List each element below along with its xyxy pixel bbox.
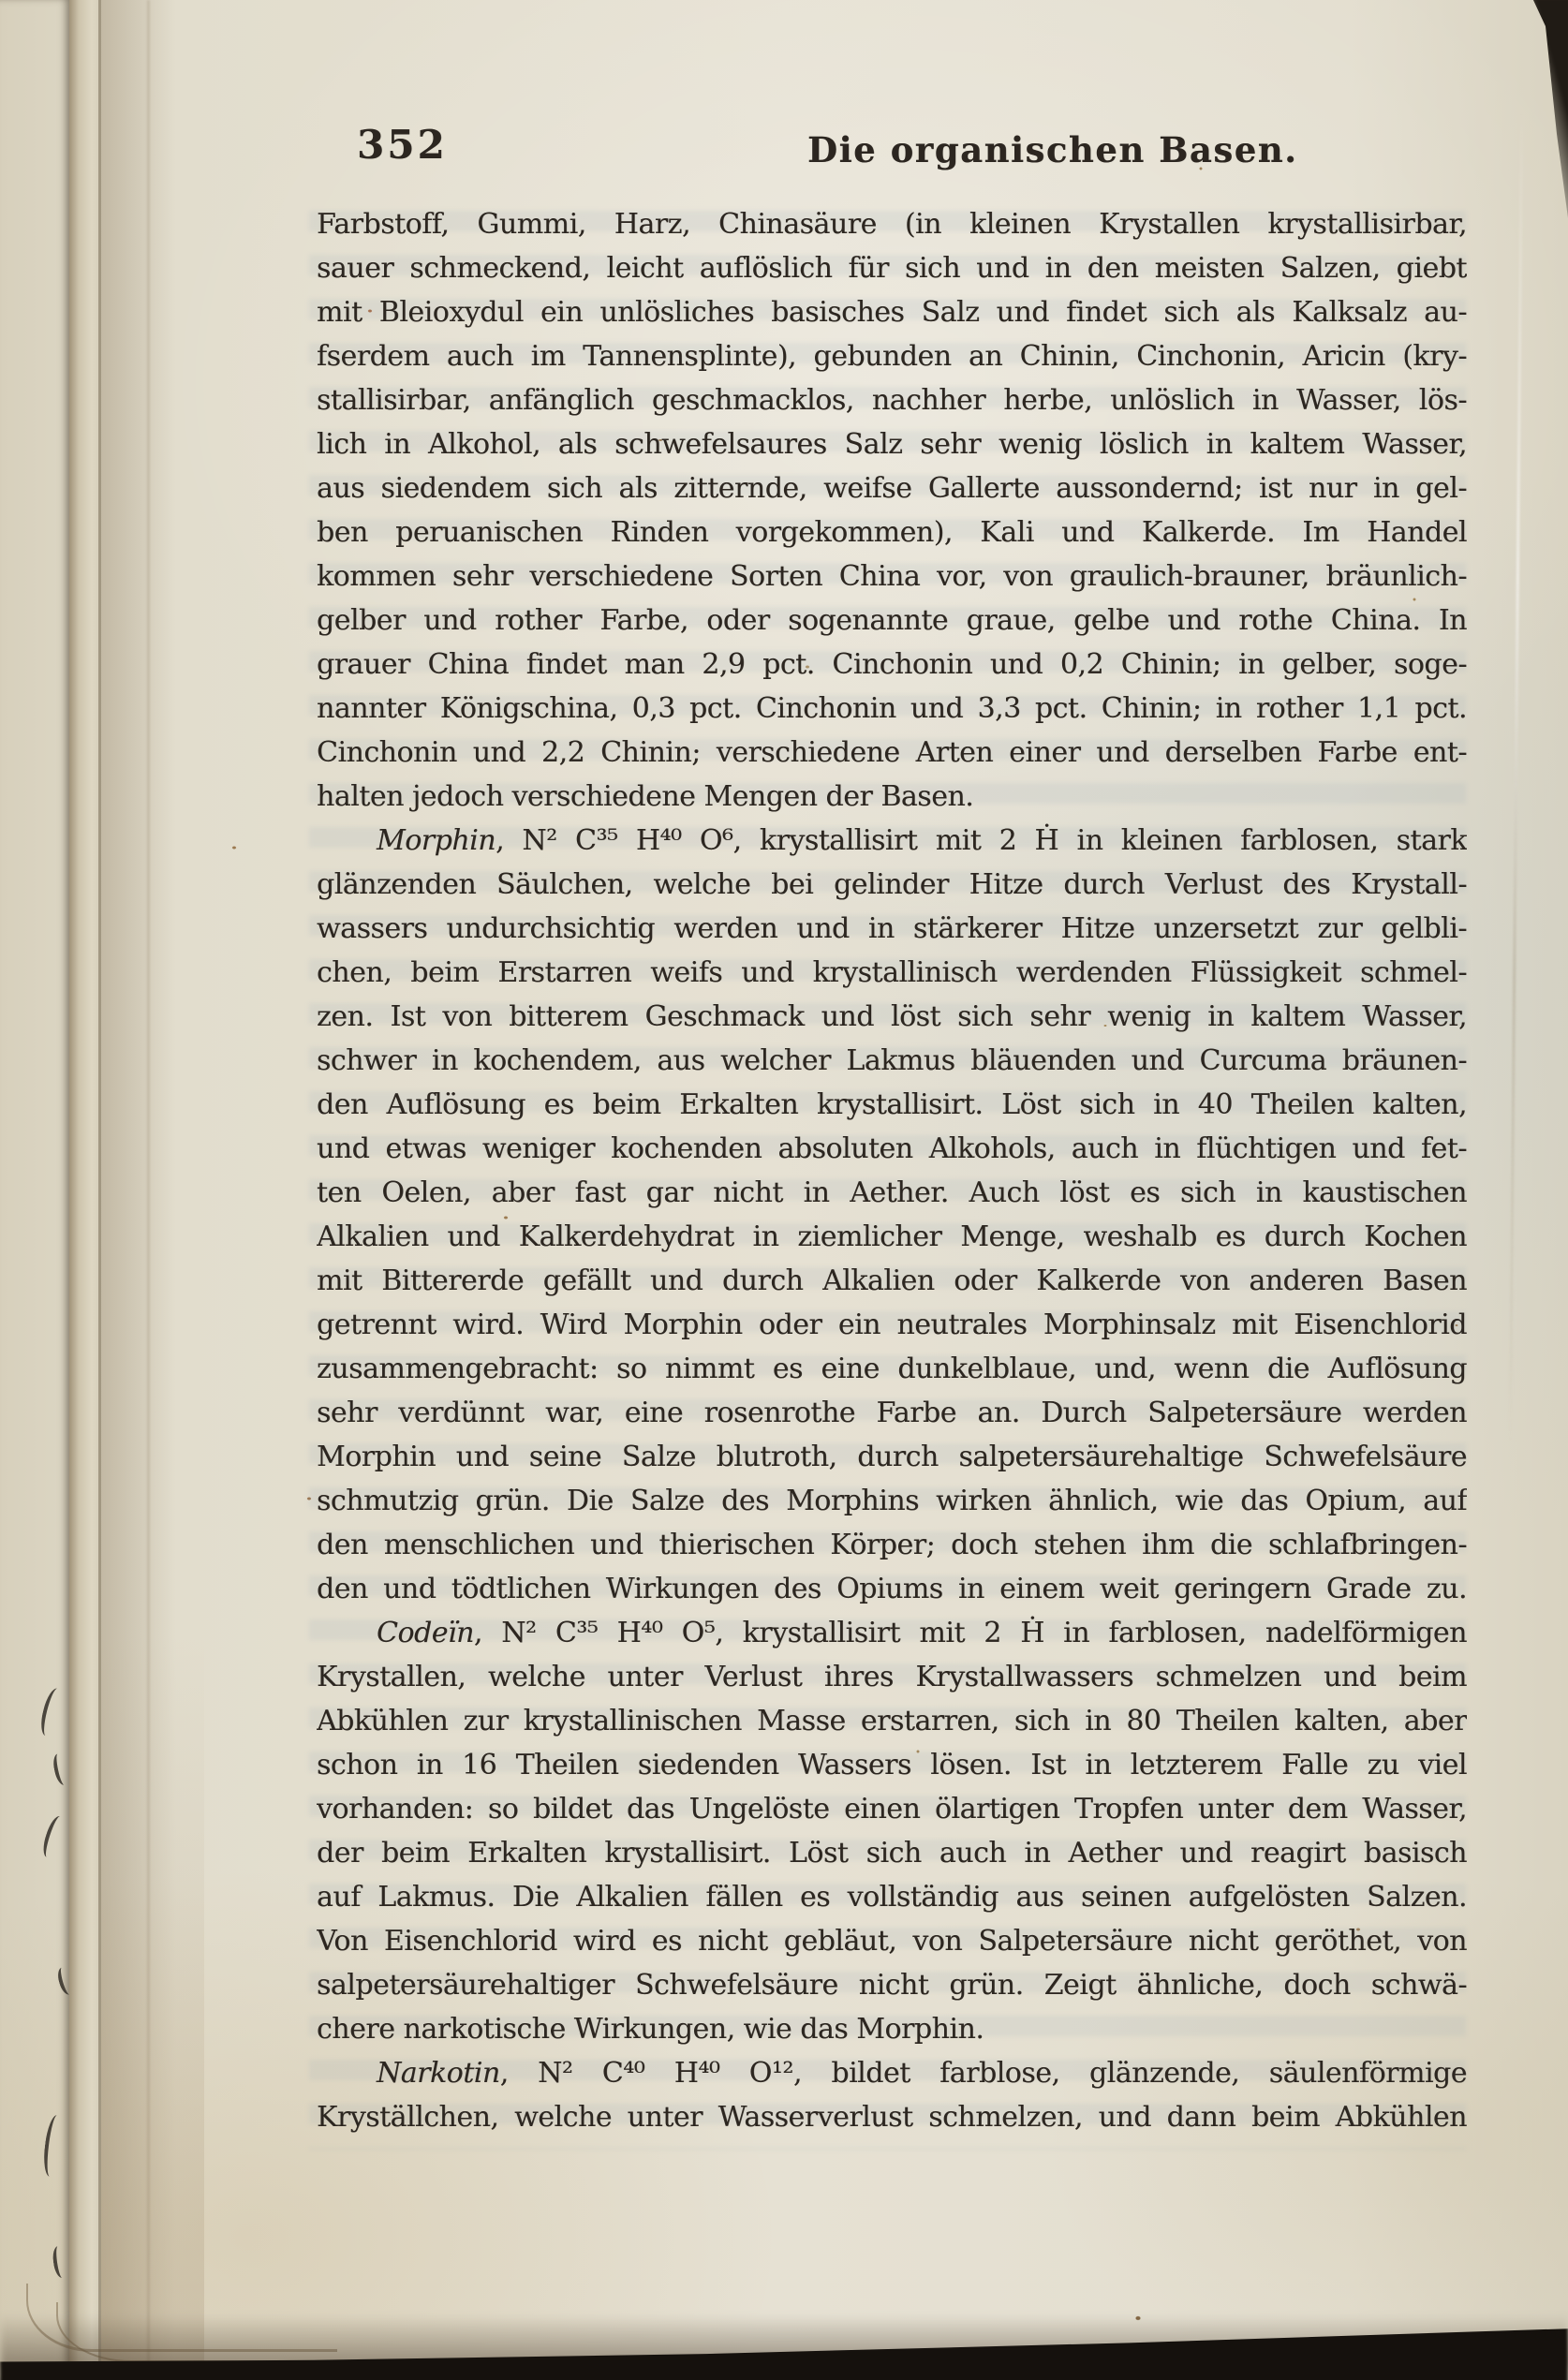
page-number: 352: [357, 122, 448, 168]
text-line: lich in Alkohol, als schwefelsaures Salz…: [317, 422, 1467, 466]
text-line: getrennt wird. Wird Morphin oder ein neu…: [317, 1303, 1467, 1347]
text-line: Kryställchen, welche unter Wasserverlust…: [317, 2095, 1467, 2139]
text-line: glänzenden Säulchen, welche bei gelinder…: [317, 863, 1467, 907]
text-line: der beim Erkalten krystallisirt. Löst si…: [317, 1831, 1467, 1875]
text-line: ben peruanischen Rinden vorgekommen), Ka…: [317, 510, 1467, 554]
text-line: schon in 16 Theilen siedenden Wassers lö…: [317, 1743, 1467, 1787]
text-line: Narkotin, N² C⁴⁰ H⁴⁰ O¹², bildet farblos…: [317, 2051, 1467, 2095]
text-line: chen, beim Erstarren weifs und krystalli…: [317, 951, 1467, 995]
text-line: Codeïn, N² C³⁵ H⁴⁰ O⁵, krystallisirt mit…: [317, 1611, 1467, 1655]
text-line: Farbstoff, Gummi, Harz, Chinasäure (in k…: [317, 202, 1467, 246]
text-line: chere narkotische Wirkungen, wie das Mor…: [317, 2007, 1467, 2051]
text-line: fserdem auch im Tannensplinte), gebunden…: [317, 334, 1467, 378]
text-line: zen. Ist von bitterem Geschmack und löst…: [317, 995, 1467, 1039]
substance-name: Narkotin: [377, 2057, 500, 2090]
text-line: grauer China findet man 2,9 pct. Cinchon…: [317, 643, 1467, 687]
text-line: stallisirbar, anfänglich geschmacklos, n…: [317, 378, 1467, 422]
text-line: schmutzig grün. Die Salze des Morphins w…: [317, 1479, 1467, 1523]
substance-name: Codeïn: [377, 1617, 474, 1649]
body-text: Farbstoff, Gummi, Harz, Chinasäure (in k…: [317, 202, 1467, 2139]
text-line: zusammengebracht: so nimmt es eine dunke…: [317, 1347, 1467, 1391]
text-line: den und tödtlichen Wirkungen des Opiums …: [317, 1567, 1467, 1611]
text-line: aus siedendem sich als zitternde, weifse…: [317, 466, 1467, 510]
text-line: Abkühlen zur krystallinischen Masse erst…: [317, 1699, 1467, 1743]
text-line: Von Eisenchlorid wird es nicht gebläut, …: [317, 1919, 1467, 1963]
text-line: mit Bleioxydul ein unlösliches basisches…: [317, 290, 1467, 334]
page-fold-line: [147, 0, 150, 2380]
text-line: sehr verdünnt war, eine rosenrothe Farbe…: [317, 1391, 1467, 1435]
page-edge-lip: [69, 0, 101, 2380]
text-line: nannter Königschina, 0,3 pct. Cinchonin …: [317, 687, 1467, 731]
gutter-shadow: [101, 0, 176, 2380]
text-line: halten jedoch verschiedene Mengen der Ba…: [317, 775, 1467, 819]
text-line: gelber und rother Farbe, oder sogenannte…: [317, 599, 1467, 643]
text-line: ten Oelen, aber fast gar nicht in Aether…: [317, 1171, 1467, 1215]
book-scan: 352 Die organischen Basen. Farbstoff, Gu…: [0, 0, 1568, 2380]
text-line: Alkalien und Kalkerdehydrat in ziemliche…: [317, 1215, 1467, 1259]
text-line: mit Bittererde gefällt und durch Alkalie…: [317, 1259, 1467, 1303]
text-line: schwer in kochendem, aus welcher Lakmus …: [317, 1039, 1467, 1083]
text-line: und etwas weniger kochenden absoluten Al…: [317, 1127, 1467, 1171]
line-text: , N² C⁴⁰ H⁴⁰ O¹², bildet farblose, glänz…: [500, 2057, 1467, 2090]
text-line: vorhanden: so bildet das Ungelöste einen…: [317, 1787, 1467, 1831]
text-line: auf Lakmus. Die Alkalien fällen es volls…: [317, 1875, 1467, 1919]
substance-name: Morphin: [377, 824, 496, 857]
text-line: Morphin und seine Salze blutroth, durch …: [317, 1435, 1467, 1479]
line-text: , N² C³⁵ H⁴⁰ O⁵, krystallisirt mit 2 Ḣ i…: [474, 1617, 1467, 1649]
text-line: Krystallen, welche unter Verlust ihres K…: [317, 1655, 1467, 1699]
text-line: kommen sehr verschiedene Sorten China vo…: [317, 554, 1467, 599]
book-page-edges: [0, 0, 69, 2380]
text-line: den menschlichen und thierischen Körper;…: [317, 1523, 1467, 1567]
text-line: den Auflösung es beim Erkalten krystalli…: [317, 1083, 1467, 1127]
text-line: Cinchonin und 2,2 Chinin; verschiedene A…: [317, 731, 1467, 775]
text-line: wassers undurchsichtig werden und in stä…: [317, 907, 1467, 951]
running-title: Die organischen Basen.: [807, 129, 1298, 170]
text-line: sauer schmeckend, leicht auflöslich für …: [317, 246, 1467, 290]
line-text: , N² C³⁵ H⁴⁰ O⁶, krystallisirt mit 2 Ḣ i…: [496, 824, 1467, 857]
text-line: Morphin, N² C³⁵ H⁴⁰ O⁶, krystallisirt mi…: [317, 819, 1467, 863]
text-line: salpetersäurehaltiger Schwefelsäure nich…: [317, 1963, 1467, 2007]
